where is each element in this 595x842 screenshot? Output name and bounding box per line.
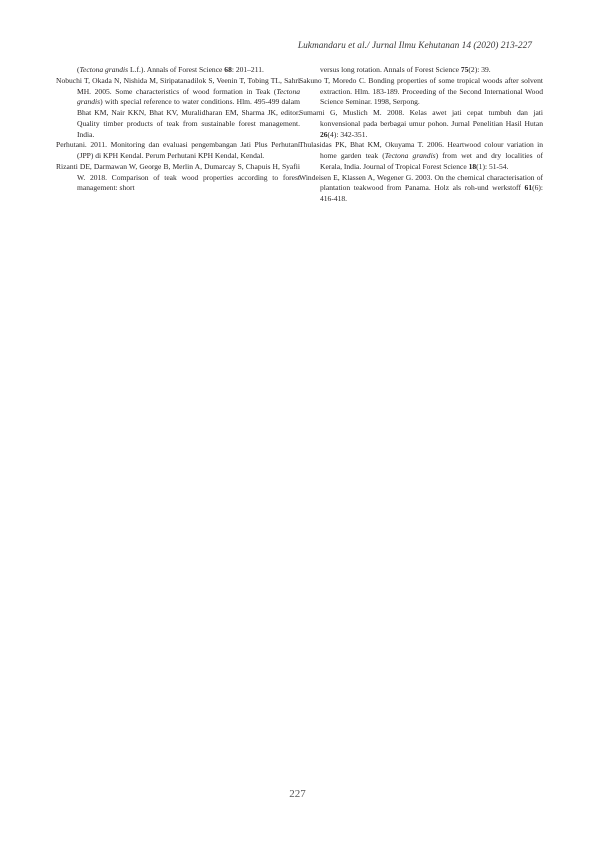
page-number: 227 (0, 788, 595, 800)
reference-entry: Windeisen E, Klassen A, Wegener G. 2003.… (299, 173, 543, 205)
reference-entry: Sumarni G, Muslich M. 2008. Kelas awet j… (299, 108, 543, 140)
reference-entry: Sakuno T, Moredo C. Bonding properties o… (299, 76, 543, 108)
references-left-column: (Tectona grandis L.f.). Annals of Forest… (56, 65, 300, 194)
references-right-column: versus long rotation. Annals of Forest S… (299, 65, 543, 205)
reference-entry: versus long rotation. Annals of Forest S… (299, 65, 543, 76)
reference-entry: Thulasidas PK, Bhat KM, Okuyama T. 2006.… (299, 140, 543, 172)
reference-entry: Rizanti DE, Darmawan W, George B, Merlin… (56, 162, 300, 194)
reference-entry: (Tectona grandis L.f.). Annals of Forest… (56, 65, 300, 76)
running-head: Lukmandaru et al./ Jurnal Ilmu Kehutanan… (298, 41, 532, 51)
reference-entry: Nobuchi T, Okada N, Nishida M, Siripatan… (56, 76, 300, 141)
reference-entry: Perhutani. 2011. Monitoring dan evaluasi… (56, 140, 300, 162)
